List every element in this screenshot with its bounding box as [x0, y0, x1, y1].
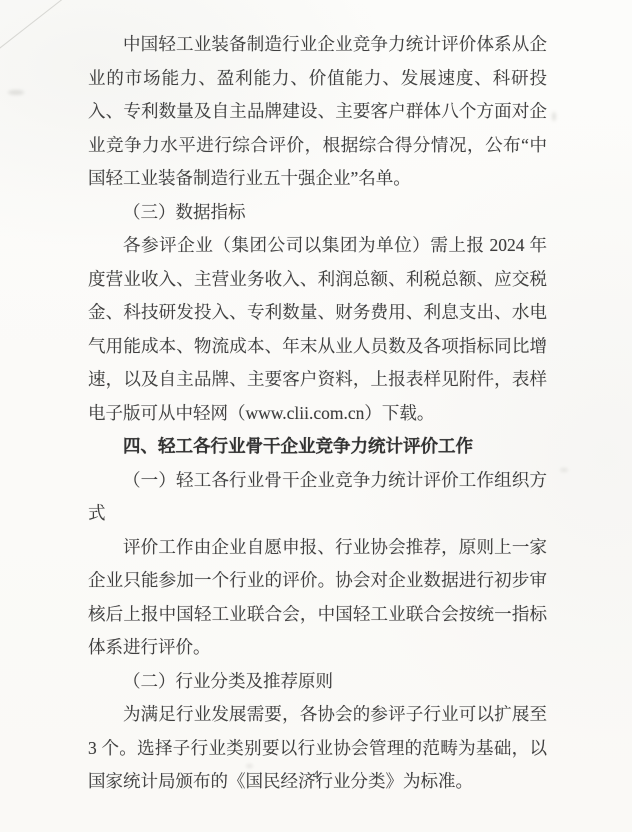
- document-content: 中国轻工业装备制造行业企业竞争力统计评价体系从企业的市场能力、盈利能力、价值能力…: [88, 28, 547, 799]
- scan-smudge: [8, 90, 24, 95]
- paragraph-evaluation-system: 中国轻工业装备制造行业企业竞争力统计评价体系从企业的市场能力、盈利能力、价值能力…: [88, 28, 547, 196]
- scan-smudge: [552, 112, 556, 121]
- document-page: 中国轻工业装备制造行业企业竞争力统计评价体系从企业的市场能力、盈利能力、价值能力…: [0, 0, 632, 832]
- paragraph-reporting-indicators: 各参评企业（集团公司以集团为单位）需上报 2024 年度营业收入、主营业务收入、…: [88, 229, 547, 430]
- scan-fold-artifact: [0, 0, 65, 52]
- subsection-heading-data-indicators: （三）数据指标: [88, 196, 547, 230]
- scan-smudge: [560, 468, 568, 472]
- subsection-heading-industry-classification: （二）行业分类及推荐原则: [88, 665, 547, 699]
- paragraph-organization-method: 评价工作由企业自愿申报、行业协会推荐，原则上一家企业只能参加一个行业的评价。协会…: [88, 531, 547, 665]
- page-number: 4: [0, 768, 632, 783]
- subsection-heading-organization-method: （一）轻工各行业骨干企业竞争力统计评价工作组织方式: [88, 464, 547, 531]
- paragraph-industry-classification: 为满足行业发展需要，各协会的参评子行业可以扩展至 3 个。选择子行业类别要以行业…: [88, 698, 547, 799]
- section-heading-four: 四、轻工各行业骨干企业竞争力统计评价工作: [88, 430, 547, 464]
